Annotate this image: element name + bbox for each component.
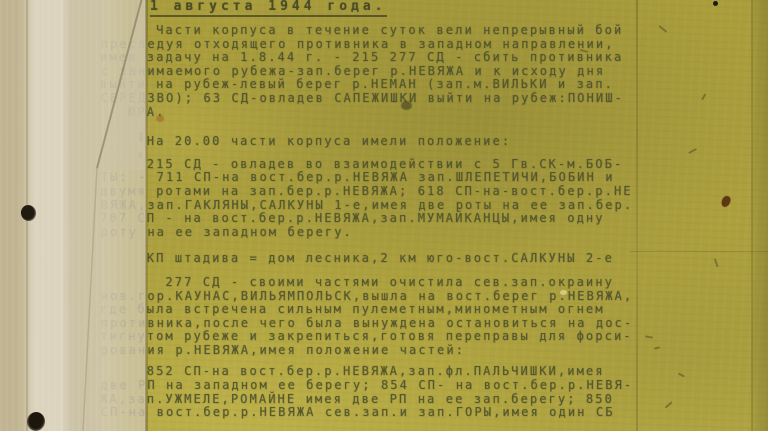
dirt-speck <box>713 1 718 6</box>
paper-fiber <box>665 401 673 408</box>
rust-stain <box>156 115 164 122</box>
paper-fiber <box>678 373 685 377</box>
paper-fiber <box>701 93 706 100</box>
paper-fiber <box>714 258 718 267</box>
paper-fiber <box>645 335 653 338</box>
paper-fiber <box>688 148 697 154</box>
scanned-document-page: 1 августа 1944 года. Части корпуса в теч… <box>0 0 768 431</box>
light-fleck <box>560 290 567 295</box>
paper-fiber <box>654 346 660 349</box>
ink-smudge <box>401 101 412 110</box>
paper-fiber <box>580 49 588 53</box>
brown-stain <box>720 195 731 208</box>
paper-fiber <box>659 25 668 32</box>
